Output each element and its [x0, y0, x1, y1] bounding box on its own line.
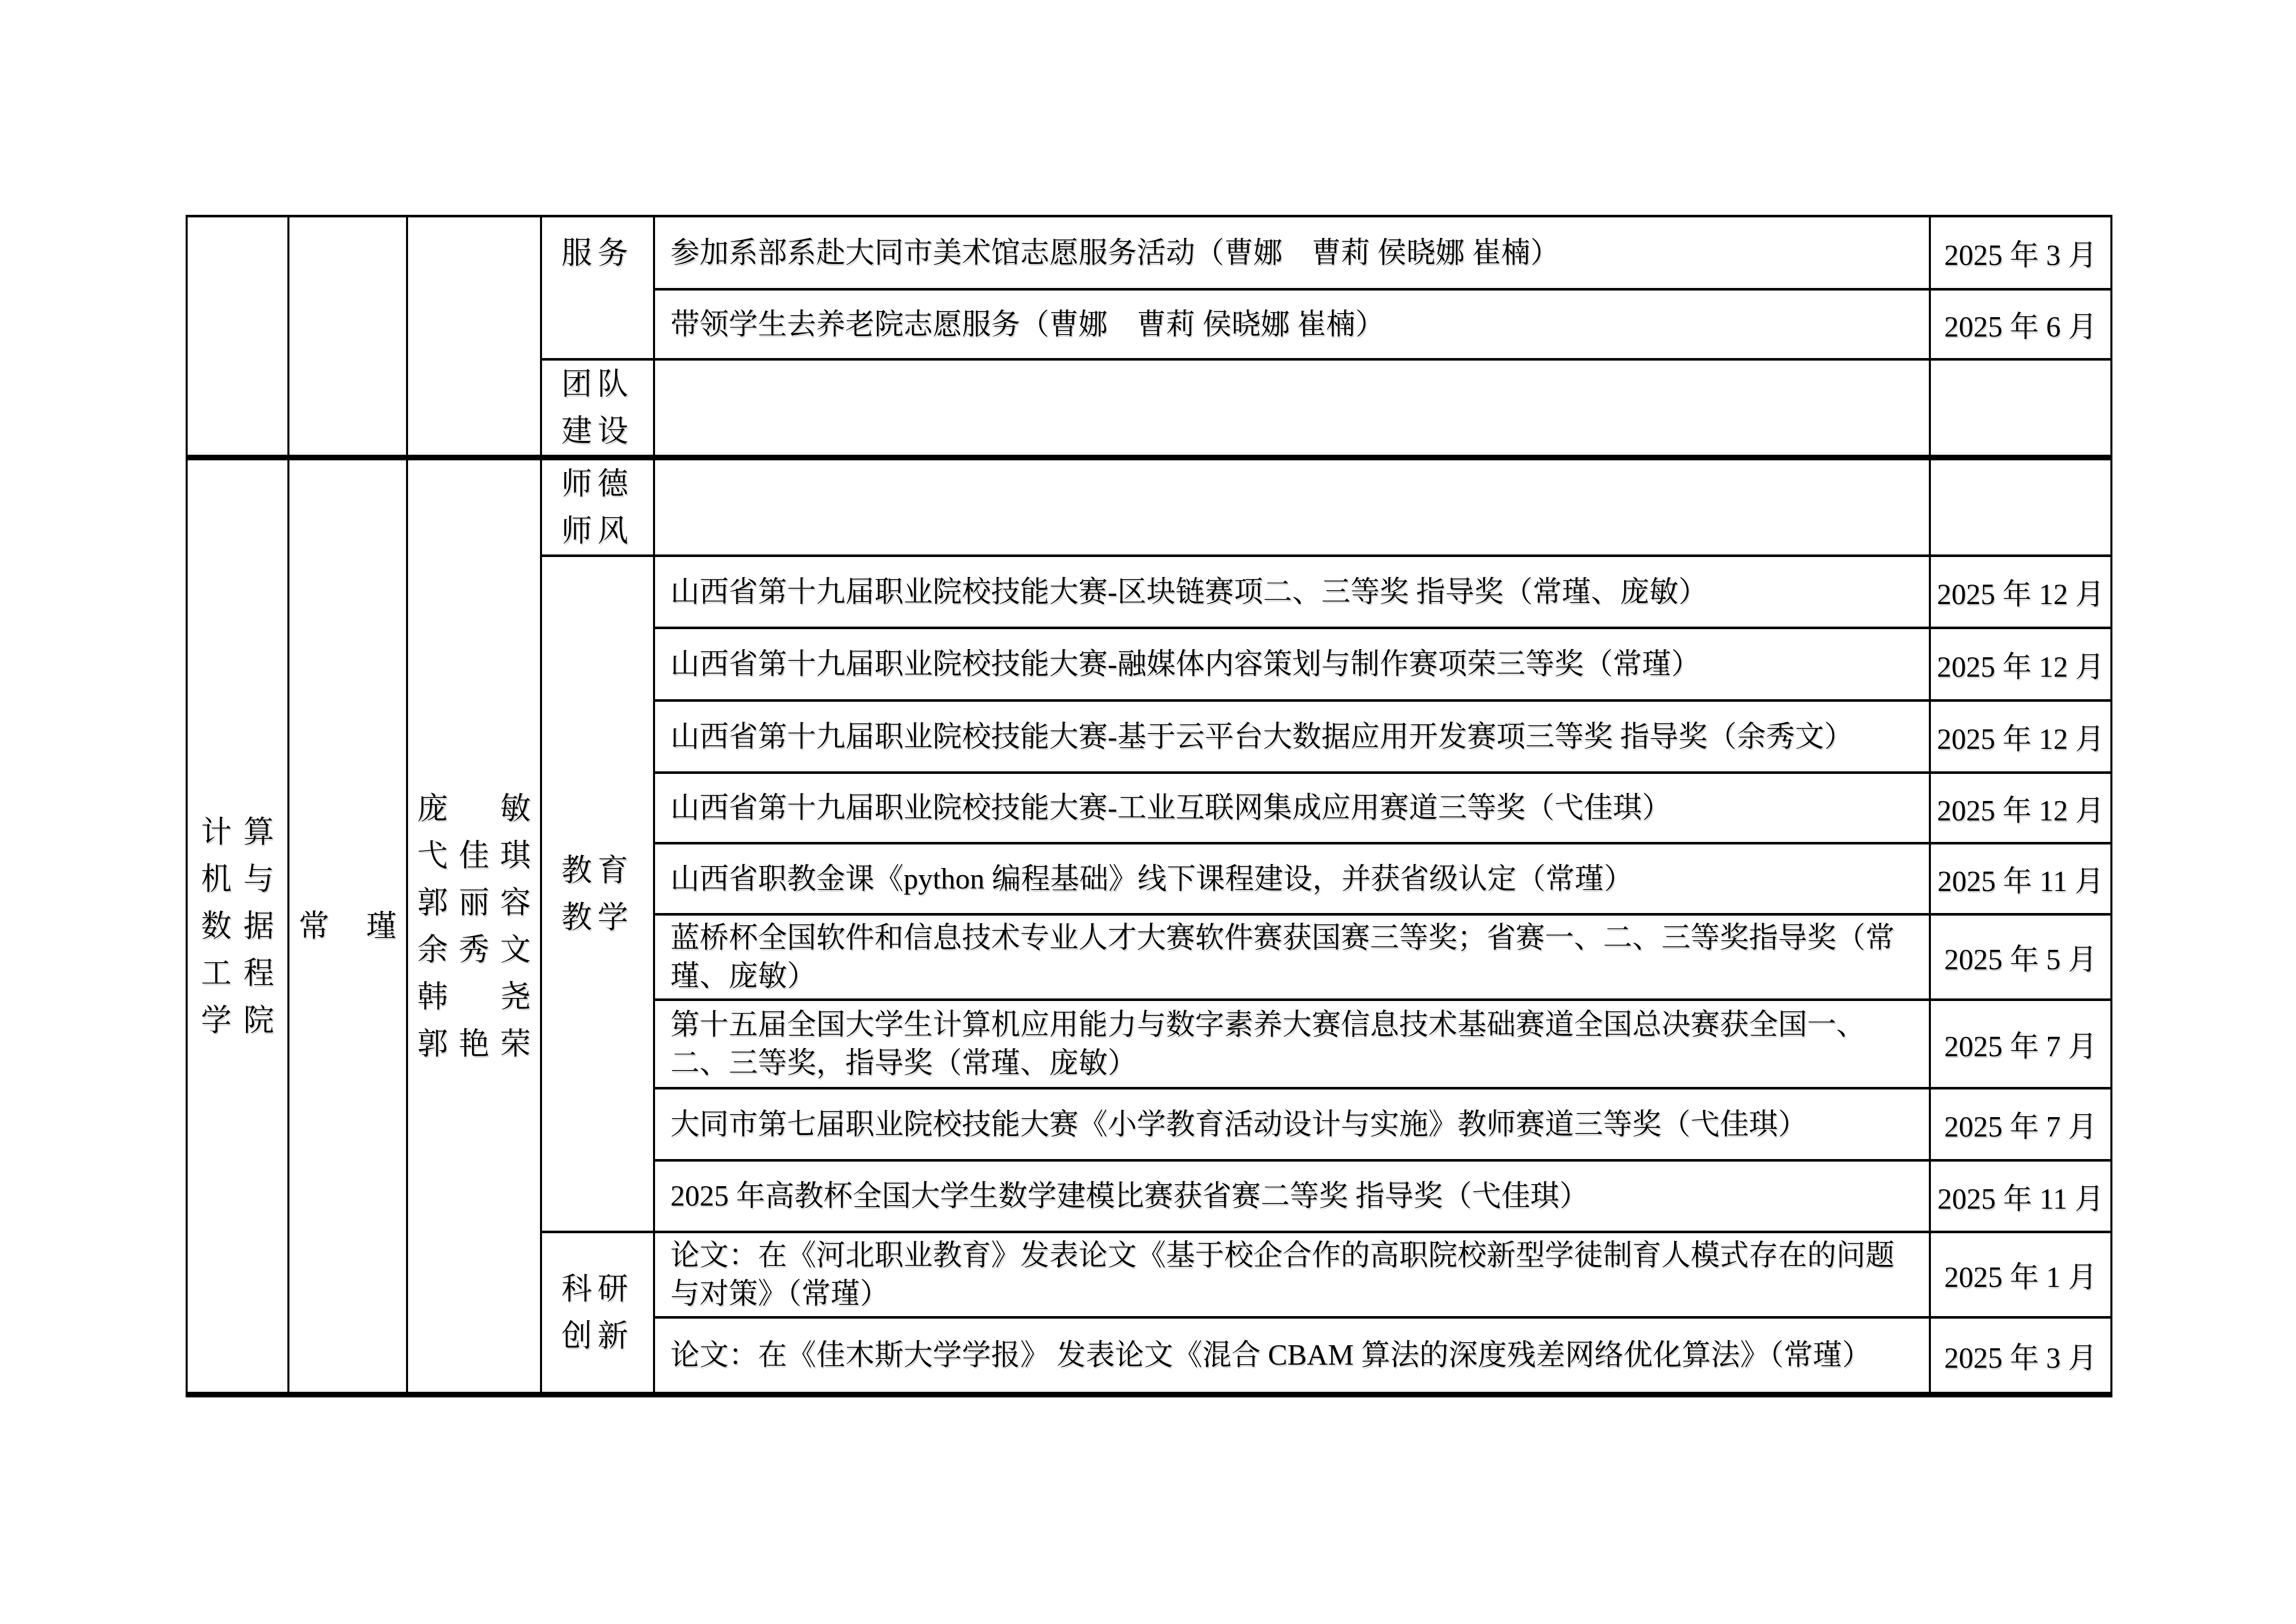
date-cell: 2025 年 7 月	[1930, 1000, 2111, 1088]
achievement-cell: 带领学生去养老院志愿服务（曹娜 曹莉 侯晓娜 崔楠）	[654, 290, 1930, 360]
date-cell: 2025 年 3 月	[1930, 216, 2111, 290]
achievement-cell-empty	[654, 458, 1930, 556]
achievement-cell: 蓝桥杯全国软件和信息技术专业人才大赛软件赛获国赛三等奖；省赛一、二、三等奖指导奖…	[654, 915, 1930, 1000]
date-cell: 2025 年 12 月	[1930, 773, 2111, 843]
member-name: 余秀文	[417, 926, 531, 973]
date-cell: 2025 年 12 月	[1930, 628, 2111, 701]
college-cell: 计算机与数据工程学院	[187, 458, 288, 1395]
table-row: 计算机与数据工程学院 常瑾 庞敏 弋佳琪 郭丽容 余秀文 韩尧 郭艳荣 师德师风	[187, 458, 2111, 556]
member-name: 郭丽容	[417, 879, 531, 926]
achievement-cell: 论文：在《佳木斯大学学报》 发表论文《混合 CBAM 算法的深度残差网络优化算法…	[654, 1318, 1930, 1395]
category-label: 团队建设	[553, 361, 642, 455]
date-cell: 2025 年 12 月	[1930, 701, 2111, 773]
member-name: 郭艳荣	[417, 1020, 531, 1067]
achievement-cell: 山西省第十九届职业院校技能大赛-区块链赛项二、三等奖 指导奖（常瑾、庞敏）	[654, 556, 1930, 628]
achievement-cell: 大同市第七届职业院校技能大赛《小学教育活动设计与实施》教师赛道三等奖（弋佳琪）	[654, 1088, 1930, 1161]
document-page: 服务 参加系部系赴大同市美术馆志愿服务活动（曹娜 曹莉 侯晓娜 崔楠） 2025…	[0, 0, 2296, 1624]
achievement-cell: 山西省第十九届职业院校技能大赛-工业互联网集成应用赛道三等奖（弋佳琪）	[654, 773, 1930, 843]
achievement-cell: 山西省职教金课《python 编程基础》线下课程建设，并获省级认定（常瑾）	[654, 843, 1930, 915]
member-name: 弋佳琪	[417, 832, 531, 879]
date-cell-empty	[1930, 360, 2111, 458]
leader-cell-empty	[288, 216, 407, 458]
achievement-cell: 第十五届全国大学生计算机应用能力与数字素养大赛信息技术基础赛道全国总决赛获全国一…	[654, 1000, 1930, 1088]
category-cell-research: 科研创新	[541, 1232, 654, 1395]
date-cell: 2025 年 12 月	[1930, 556, 2111, 628]
date-cell: 2025 年 11 月	[1930, 843, 2111, 915]
category-cell-ethics: 师德师风	[541, 458, 654, 556]
date-cell: 2025 年 6 月	[1930, 290, 2111, 360]
leader-cell: 常瑾	[288, 458, 407, 1395]
category-label: 服务	[553, 217, 642, 277]
leader-name: 常瑾	[299, 903, 397, 950]
date-cell: 2025 年 3 月	[1930, 1318, 2111, 1395]
achievement-cell: 参加系部系赴大同市美术馆志愿服务活动（曹娜 曹莉 侯晓娜 崔楠）	[654, 216, 1930, 290]
college-name: 计算机与数据工程学院	[201, 809, 274, 1044]
date-cell: 2025 年 7 月	[1930, 1088, 2111, 1161]
category-label: 师德师风	[553, 460, 642, 554]
date-cell: 2025 年 11 月	[1930, 1161, 2111, 1232]
date-cell: 2025 年 1 月	[1930, 1232, 2111, 1318]
college-cell-empty	[187, 216, 288, 458]
achievement-cell: 山西省第十九届职业院校技能大赛-基于云平台大数据应用开发赛项三等奖 指导奖（余秀…	[654, 701, 1930, 773]
achievement-cell-empty	[654, 360, 1930, 458]
category-cell-teaching: 教育教学	[541, 556, 654, 1232]
member-name: 庞敏	[417, 785, 531, 832]
achievements-table: 服务 参加系部系赴大同市美术馆志愿服务活动（曹娜 曹莉 侯晓娜 崔楠） 2025…	[186, 215, 2112, 1397]
achievement-cell: 论文：在《河北职业教育》发表论文《基于校企合作的高职院校新型学徒制育人模式存在的…	[654, 1232, 1930, 1318]
category-label: 教育教学	[553, 847, 642, 941]
members-cell: 庞敏 弋佳琪 郭丽容 余秀文 韩尧 郭艳荣	[407, 458, 541, 1395]
date-cell: 2025 年 5 月	[1930, 915, 2111, 1000]
achievement-cell: 2025 年高教杯全国大学生数学建模比赛获省赛二等奖 指导奖（弋佳琪）	[654, 1161, 1930, 1232]
category-cell-service: 服务	[541, 216, 654, 360]
category-label: 科研创新	[553, 1265, 642, 1360]
date-cell-empty	[1930, 458, 2111, 556]
member-name: 韩尧	[417, 973, 531, 1020]
table-row: 服务 参加系部系赴大同市美术馆志愿服务活动（曹娜 曹莉 侯晓娜 崔楠） 2025…	[187, 216, 2111, 290]
achievement-cell: 山西省第十九届职业院校技能大赛-融媒体内容策划与制作赛项荣三等奖（常瑾）	[654, 628, 1930, 701]
category-cell-team-building: 团队建设	[541, 360, 654, 458]
members-cell-empty	[407, 216, 541, 458]
